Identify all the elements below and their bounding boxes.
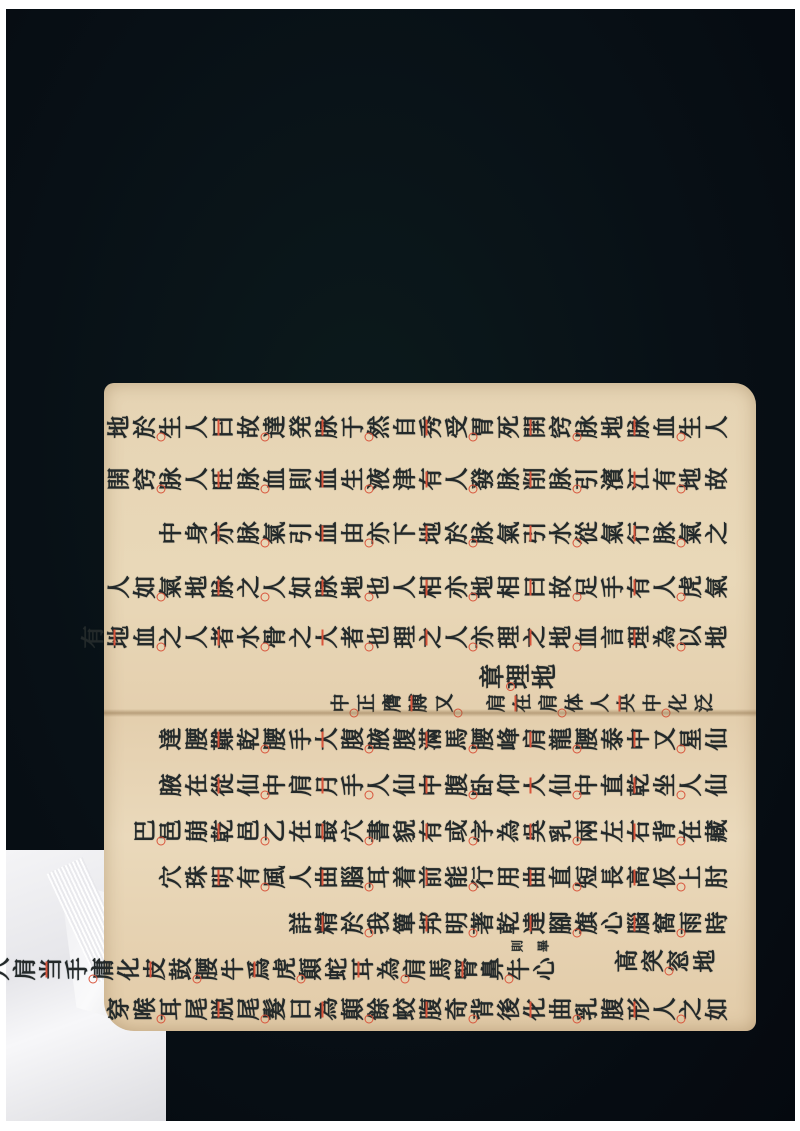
text-line: 時雨窩腦心旗腳達乾著明邦簞我於精詳 [286, 907, 728, 937]
annotation: 畢則 [504, 937, 556, 953]
glyph: 開 [101, 465, 134, 491]
glyph: 穿 [101, 995, 134, 1021]
glyph: 中 [153, 519, 186, 545]
manuscript-page: 人生血脉地脉窍開死胃受秀自然于脉発達故曰人生於地 故地有江濱引脉削脉發人有津液生… [104, 383, 756, 1031]
text-line: 故地有江濱引脉削脉發人有津液生血則血脉旺人脉窍開 [104, 463, 728, 493]
text-line: 心牛鼻腎馬肩為耳蛇顛虎爲牛腰鼓皮化庸手当肩穴平 [0, 953, 556, 983]
text-line: 肘上仮高長短直曲用行能前着耳腦曲人風有明珠穴 [156, 861, 728, 891]
text-line: 仙星又中泰腰龍肩峰腰馬滿腹腋腹大手腰乾難腰達 [156, 723, 728, 753]
section-heading: 地理章 [478, 661, 556, 691]
annotation-sub: 地窓突高 [612, 947, 716, 973]
lower-leaf: 仙星又中泰腰龍肩峰腰馬滿腹腋腹大手腰乾難腰達 仙人坐乾直中仙人仰卧腹中仙人手月肩… [104, 715, 756, 1031]
text-line: 氣虎人有手足故曰相地亦相人也地脉如人之脉地氣如人 [104, 571, 728, 601]
text-line: 藏在背右左兩乳吳為字或有貌書穴最在乙邑乾崩邑巴 [130, 815, 728, 845]
glyph: 巴 [127, 817, 160, 843]
text-line: 如之人形腹乳曲化後背奇腹蛟餘顛為曰髮尾脱尾耳喉穿 [104, 993, 728, 1023]
text-line: 仙人坐乾直中仙人仰卧腹中仙人手月肩中仙從在腋 [156, 769, 728, 799]
glyph: 有 [75, 623, 108, 649]
glyph: 地 [101, 413, 134, 439]
text-line: 地以為理言血地之理亦人之理也者人之骨水者人之血地有 [78, 621, 728, 651]
glyph: 穴 [0, 955, 14, 981]
glyph: 人 [101, 573, 134, 599]
glyph: 高 [609, 947, 642, 973]
glyph: 達 [153, 725, 186, 751]
text-line: 人生血脉地脉窍開死胃受秀自然于脉発達故曰人生於地 [104, 411, 728, 441]
glyph: 腋 [153, 771, 186, 797]
text-line: 之氣脉行氣從水引氣脉於地下亦由血引氣脉亦身中 [156, 517, 728, 547]
glyph: 詳 [283, 909, 316, 935]
glyph: 章 [473, 663, 509, 689]
glyph: 穴 [153, 863, 186, 889]
upper-leaf: 人生血脉地脉窍開死胃受秀自然于脉発達故曰人生於地 故地有江濱引脉削脉發人有津液生… [104, 383, 756, 713]
